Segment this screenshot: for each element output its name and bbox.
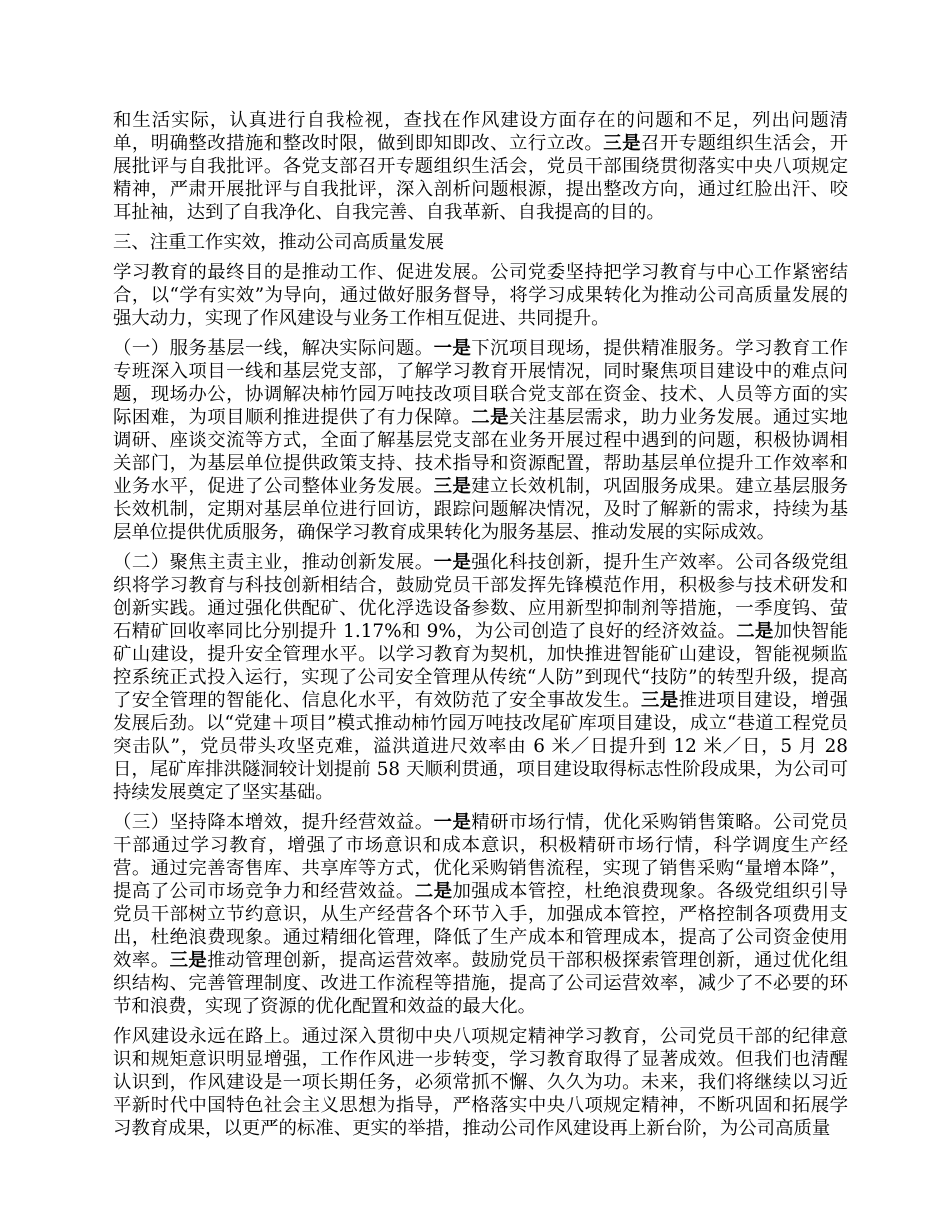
- paragraph-conclusion: 作风建设永远在路上。通过深入贯彻中央八项规定精神学习教育，公司党员干部的纪律意识…: [113, 1025, 848, 1140]
- paragraph-main-business-innovation: （二）聚焦主责主业，推动创新发展。一是强化科技创新，提升生产效率。公司各级党组织…: [113, 551, 848, 804]
- bold-run-ershi: 二是: [471, 407, 509, 428]
- bold-run-ershi: 二是: [736, 621, 773, 642]
- document-text-body: 和生活实际，认真进行自我检视，查找在作风建设方面存在的问题和不足，列出问题清单，…: [113, 109, 848, 1147]
- paragraph-serve-grassroots: （一）服务基层一线，解决实际问题。一是下沉项目现场，提供精准服务。学习教育工作专…: [113, 337, 848, 544]
- text-run: 学习教育的最终目的是推动工作、促进发展。公司党委坚持把学习教育与中心工作紧密结合…: [113, 262, 848, 329]
- paragraph-cost-reduction: （三）坚持降本增效，提升经营效益。一是精研市场行情，优化采购销售策略。公司党员干…: [113, 811, 848, 1018]
- heading-section-three: 三、注重工作实效，推动公司高质量发展: [113, 231, 848, 254]
- text-run: （三）坚持降本增效，提升经营效益。: [113, 812, 434, 833]
- bold-run-yishi: 一是: [434, 552, 472, 573]
- text-run: （二）聚焦主责主业，推动创新发展。: [113, 552, 434, 573]
- text-run: （一）服务基层一线，解决实际问题。: [113, 338, 434, 359]
- paragraph-section-three-intro: 学习教育的最终目的是推动工作、促进发展。公司党委坚持把学习教育与中心工作紧密结合…: [113, 261, 848, 330]
- bold-run-sanshi: 三是: [603, 133, 641, 154]
- paragraph-organization-life-meeting: 和生活实际，认真进行自我检视，查找在作风建设方面存在的问题和不足，列出问题清单，…: [113, 109, 848, 224]
- bold-run-sanshi: 三是: [641, 690, 679, 711]
- bold-run-yishi: 一是: [434, 812, 472, 833]
- bold-run-sanshi: 三是: [434, 476, 472, 497]
- document-page: 和生活实际，认真进行自我检视，查找在作风建设方面存在的问题和不足，列出问题清单，…: [0, 0, 950, 1230]
- bold-run-ershi: 二是: [415, 881, 453, 902]
- bold-run-yishi: 一是: [434, 338, 472, 359]
- bold-run-sanshi: 三是: [170, 950, 208, 971]
- text-run: 作风建设永远在路上。通过深入贯彻中央八项规定精神学习教育，公司党员干部的纪律意识…: [113, 1026, 848, 1139]
- heading-text: 三、注重工作实效，推动公司高质量发展: [113, 232, 444, 253]
- text-run: 推动管理创新，提高运营效率。鼓励党员干部积极探索管理创新，通过优化组织结构、完善…: [113, 950, 848, 1017]
